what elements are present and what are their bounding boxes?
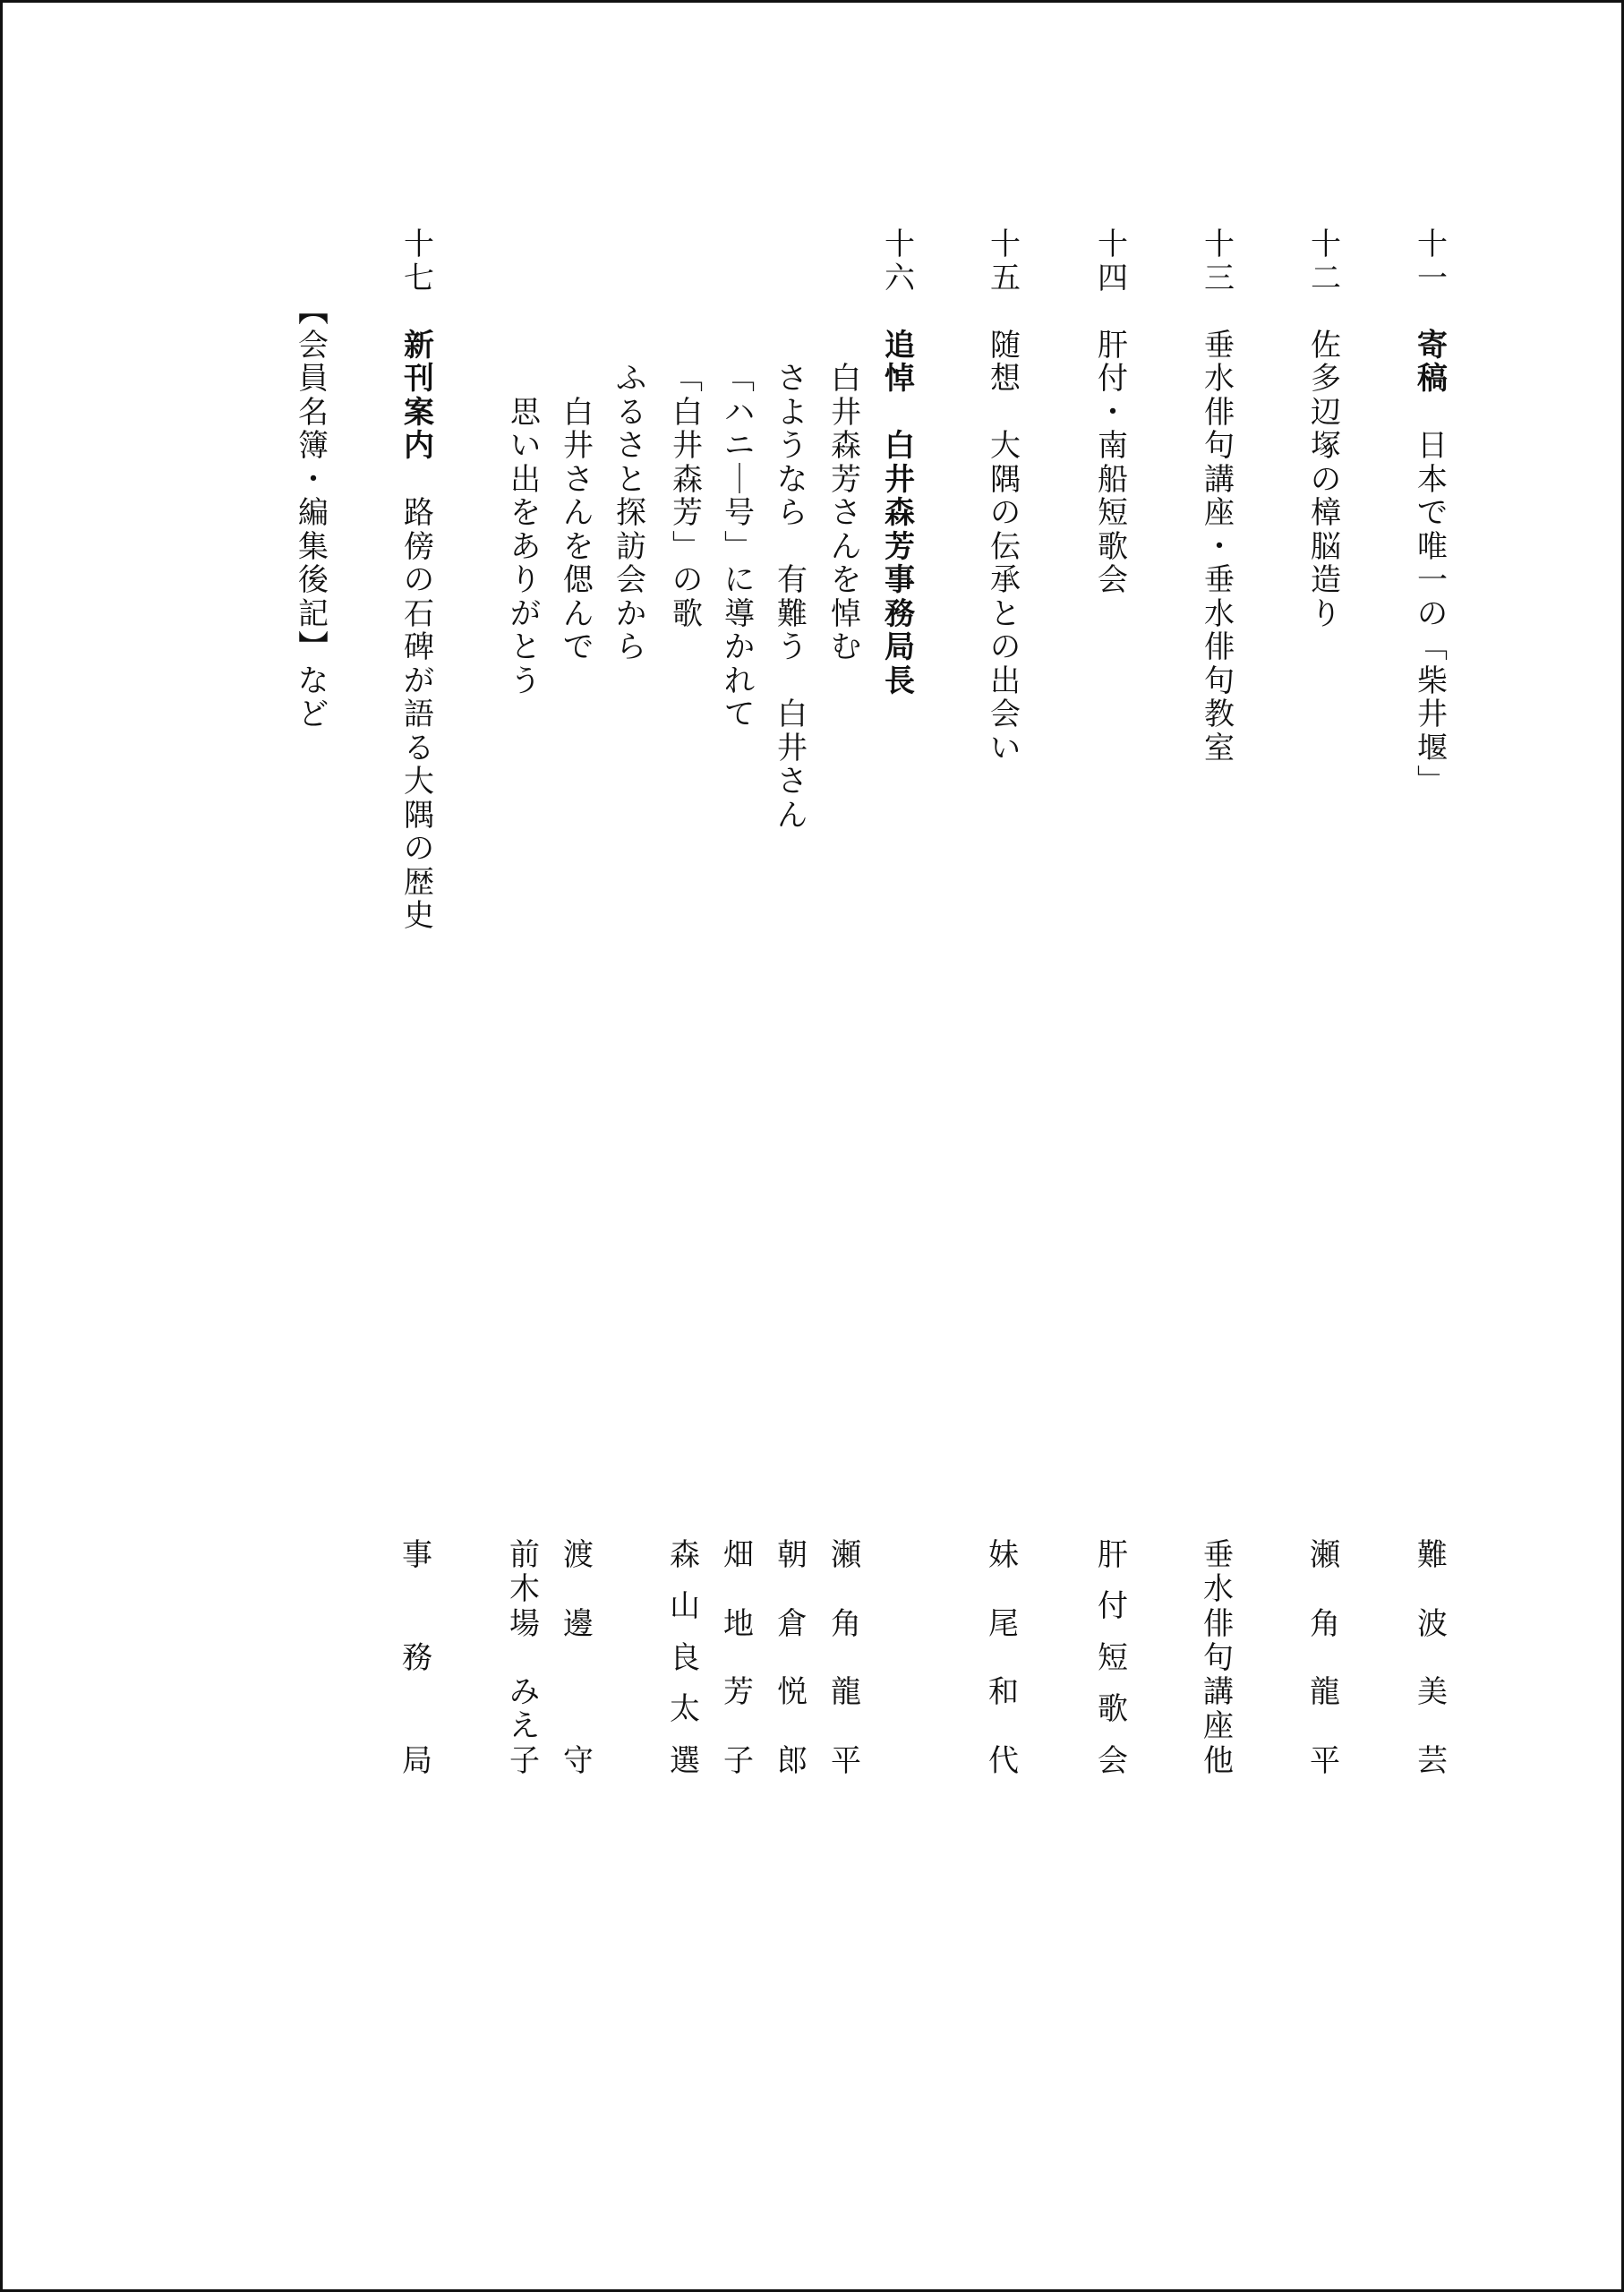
- entry-title: が: [508, 598, 543, 632]
- entry-title: 編: [295, 497, 331, 531]
- entry-title: あ: [508, 531, 543, 565]
- entry-heading: 森: [882, 497, 918, 531]
- entry-title: 名: [295, 397, 331, 431]
- author-char: 渡: [560, 1539, 596, 1573]
- entry-title: ︼: [295, 631, 331, 665]
- entry-title: ・: [295, 464, 331, 498]
- entry-title: の: [1415, 598, 1450, 632]
- entry-title: 白: [560, 397, 596, 431]
- author-char: 付: [1095, 1590, 1131, 1624]
- author-char: 朝: [774, 1539, 810, 1573]
- author-char: 局: [399, 1745, 435, 1779]
- author-char: 他: [1201, 1745, 1236, 1779]
- entry-number: 十: [1415, 228, 1450, 262]
- entry-title: の: [987, 497, 1023, 531]
- author-char: 和: [986, 1676, 1021, 1710]
- author-char: 子: [507, 1745, 543, 1779]
- entry-title: 号: [722, 497, 757, 531]
- entry-number: 二: [1308, 262, 1344, 296]
- author-char: 倉: [774, 1608, 810, 1642]
- entry-title: ハ: [722, 397, 757, 431]
- author-char: 会: [1095, 1745, 1131, 1779]
- entry-title: 簿: [295, 430, 331, 464]
- entry-heading: 追: [882, 329, 918, 363]
- entry-title: る: [613, 397, 649, 431]
- entry-number: 六: [882, 262, 918, 296]
- entry-title: 難: [774, 598, 810, 632]
- entry-title: ニ: [722, 430, 757, 464]
- entry-title: 垂: [1201, 564, 1237, 598]
- entry-title: に: [722, 564, 757, 598]
- entry-title: ふ: [613, 363, 649, 397]
- entry-number: 四: [1095, 262, 1131, 296]
- entry-title: 芳: [828, 464, 864, 498]
- author-char: 妹: [986, 1539, 1021, 1573]
- entry-title: 句: [1201, 665, 1237, 699]
- entry-title: 出: [987, 665, 1023, 699]
- entry-title: 伝: [987, 531, 1023, 565]
- entry-title: 柴: [1415, 665, 1450, 699]
- entry-title: 日: [1415, 430, 1450, 464]
- author-char: 座: [1201, 1710, 1236, 1744]
- document-page: 十一寄稿日本で唯一の﹁柴井堰﹂十二佐多辺塚の樟脳造り十三垂水俳句講座・垂水俳句教…: [0, 0, 1624, 2292]
- entry-heading: 刊: [401, 363, 437, 397]
- author-char: 平: [1307, 1745, 1343, 1779]
- entry-title: ・: [1095, 397, 1131, 431]
- author-char: 前: [507, 1539, 543, 1573]
- entry-title: 記: [295, 598, 331, 632]
- author-char: 山: [667, 1590, 703, 1624]
- author-char: 肝: [1095, 1539, 1131, 1573]
- entry-title: 訪: [613, 531, 649, 565]
- entry-title: の: [401, 564, 437, 598]
- entry-title: れ: [722, 665, 757, 699]
- author-char: え: [507, 1710, 543, 1744]
- entry-title: 水: [1201, 598, 1237, 632]
- entry-title: 歌: [670, 598, 705, 632]
- entry-title: 隅: [401, 800, 437, 834]
- author-char: 代: [986, 1745, 1021, 1779]
- entry-title: 堰: [1415, 732, 1450, 766]
- entry-number: 十: [1308, 228, 1344, 262]
- entry-heading: 芳: [882, 531, 918, 565]
- entry-title: 句: [1201, 430, 1237, 464]
- entry-title: う: [774, 631, 810, 665]
- entry-title: 歌: [1095, 531, 1131, 565]
- entry-title: ｜: [722, 464, 757, 498]
- entry-title: 探: [613, 497, 649, 531]
- entry-title: ﹁: [722, 363, 757, 397]
- entry-heading: 白: [882, 430, 918, 464]
- entry-title: 井: [828, 397, 864, 431]
- entry-title: う: [774, 430, 810, 464]
- author-char: 龍: [828, 1676, 864, 1710]
- entry-title: 集: [295, 531, 331, 565]
- entry-title: 員: [295, 363, 331, 397]
- entry-title: 座: [1201, 497, 1237, 531]
- entry-title: 白: [828, 363, 864, 397]
- entry-title: 白: [670, 397, 705, 431]
- entry-heading: 長: [882, 665, 918, 699]
- author-char: 邊: [560, 1608, 596, 1642]
- author-char: 角: [828, 1608, 864, 1642]
- entry-title: の: [987, 631, 1023, 665]
- entry-heading: 局: [882, 631, 918, 665]
- entry-number: 十: [1095, 228, 1131, 262]
- author-char: 講: [1201, 1676, 1236, 1710]
- entry-title: 承: [987, 564, 1023, 598]
- entry-heading: 悼: [882, 363, 918, 397]
- entry-title: 南: [1095, 430, 1131, 464]
- author-char: 守: [560, 1745, 596, 1779]
- entry-title: 井: [560, 430, 596, 464]
- entry-title: で: [560, 631, 596, 665]
- author-char: 芸: [1415, 1745, 1450, 1779]
- author-char: 俳: [1201, 1608, 1236, 1642]
- entry-title: 付: [1095, 363, 1131, 397]
- entry-title: 肝: [1095, 329, 1131, 363]
- entry-number: 十: [1201, 228, 1237, 262]
- entry-heading: 寄: [1415, 329, 1450, 363]
- entry-title: て: [722, 698, 757, 732]
- entry-title: 森: [828, 430, 864, 464]
- entry-title: 佐: [1308, 329, 1344, 363]
- entry-title: 講: [1201, 464, 1237, 498]
- author-char: 難: [1415, 1539, 1450, 1573]
- entry-title: り: [1308, 598, 1344, 632]
- author-char: 太: [667, 1693, 703, 1727]
- entry-heading: 井: [882, 464, 918, 498]
- entry-title: 船: [1095, 464, 1131, 498]
- author-char: 尾: [986, 1608, 1021, 1642]
- author-char: 歌: [1095, 1693, 1131, 1727]
- entry-title: ﹂: [1415, 765, 1450, 800]
- entry-title: 歴: [401, 867, 437, 901]
- entry-title: を: [828, 564, 864, 598]
- entry-title: な: [774, 464, 810, 498]
- entry-title: な: [295, 665, 331, 699]
- entry-title: 短: [1095, 497, 1131, 531]
- author-char: 郎: [774, 1745, 810, 1779]
- entry-title: 本: [1415, 464, 1450, 498]
- entry-title: の: [401, 833, 437, 867]
- entry-title: ん: [560, 598, 596, 632]
- entry-title: 井: [1415, 698, 1450, 732]
- entry-title: 会: [295, 329, 331, 363]
- entry-title: さ: [613, 430, 649, 464]
- author-char: 畑: [721, 1539, 756, 1573]
- entry-title: 有: [774, 564, 810, 598]
- entry-title: 水: [1201, 363, 1237, 397]
- entry-heading: 新: [401, 329, 437, 363]
- entry-number: 十: [882, 228, 918, 262]
- entry-title: 樟: [1308, 497, 1344, 531]
- entry-title: 俳: [1201, 631, 1237, 665]
- author-char: 角: [1307, 1608, 1343, 1642]
- entry-title: 随: [987, 329, 1023, 363]
- entry-title: 芳: [670, 497, 705, 531]
- entry-title: ﹁: [670, 363, 705, 397]
- entry-title: 森: [670, 464, 705, 498]
- author-char: 務: [399, 1642, 435, 1676]
- entry-title: さ: [828, 497, 864, 531]
- author-char: 句: [1201, 1642, 1236, 1676]
- entry-title: 会: [613, 564, 649, 598]
- entry-title: 辺: [1308, 397, 1344, 431]
- entry-number: 三: [1201, 262, 1237, 296]
- entry-title: 脳: [1308, 531, 1344, 565]
- author-char: 美: [1415, 1676, 1450, 1710]
- entry-title: 塚: [1308, 430, 1344, 464]
- author-char: 地: [721, 1608, 756, 1642]
- entry-title: 想: [987, 363, 1023, 397]
- entry-title: 導: [722, 598, 757, 632]
- author-char: 場: [507, 1608, 543, 1642]
- entry-title: ん: [560, 497, 596, 531]
- author-char: 波: [1415, 1608, 1450, 1642]
- author-char: 瀬: [1307, 1539, 1343, 1573]
- entry-title: の: [670, 564, 705, 598]
- entry-title: ﹂: [670, 531, 705, 565]
- entry-title: 教: [1201, 698, 1237, 732]
- entry-title: 多: [1308, 363, 1344, 397]
- entry-title: 井: [670, 430, 705, 464]
- author-char: 瀬: [828, 1539, 864, 1573]
- entry-title: 隅: [987, 464, 1023, 498]
- entry-title: を: [560, 531, 596, 565]
- entry-title: 井: [774, 732, 810, 766]
- entry-title: 碑: [401, 631, 437, 665]
- author-char: 良: [667, 1642, 703, 1676]
- entry-title: る: [401, 732, 437, 766]
- author-char: 事: [399, 1539, 435, 1573]
- entry-title: 語: [401, 698, 437, 732]
- entry-title: さ: [774, 363, 810, 397]
- entry-title: と: [613, 464, 649, 498]
- entry-title: 造: [1308, 564, 1344, 598]
- author-char: 木: [507, 1573, 543, 1607]
- entry-title: 思: [508, 397, 543, 431]
- entry-title: を: [508, 497, 543, 531]
- entry-title: む: [828, 631, 864, 665]
- author-char: 子: [721, 1745, 756, 1779]
- entry-title: 偲: [560, 564, 596, 598]
- entry-title: ︻: [295, 295, 331, 329]
- entry-heading: 事: [882, 564, 918, 598]
- entry-title: 会: [987, 698, 1023, 732]
- entry-title: 石: [401, 598, 437, 632]
- entry-number: 一: [1415, 262, 1450, 296]
- entry-title: 垂: [1201, 329, 1237, 363]
- entry-title: 路: [401, 497, 437, 531]
- entry-title: か: [722, 631, 757, 665]
- author-char: 平: [828, 1745, 864, 1779]
- entry-title: と: [508, 631, 543, 665]
- entry-title: よ: [774, 397, 810, 431]
- entry-title: で: [1415, 497, 1450, 531]
- entry-title: が: [401, 665, 437, 699]
- entry-title: 白: [774, 698, 810, 732]
- author-char: 森: [667, 1539, 703, 1573]
- entry-title: ら: [613, 631, 649, 665]
- entry-number: 十: [987, 228, 1023, 262]
- entry-title: 後: [295, 564, 331, 598]
- author-char: 選: [667, 1745, 703, 1779]
- entry-title: ら: [774, 497, 810, 531]
- entry-number: 五: [987, 262, 1023, 296]
- entry-title: う: [508, 665, 543, 699]
- author-char: 芳: [721, 1676, 756, 1710]
- entry-title: ﹁: [1415, 631, 1450, 665]
- author-char: 垂: [1201, 1539, 1236, 1573]
- entry-title: 悼: [828, 598, 864, 632]
- entry-title: い: [987, 732, 1023, 766]
- entry-title: の: [1308, 464, 1344, 498]
- entry-heading: 務: [882, 598, 918, 632]
- entry-title: い: [508, 430, 543, 464]
- entry-number: 七: [401, 262, 437, 296]
- entry-heading: 稿: [1415, 363, 1450, 397]
- entry-title: ん: [828, 531, 864, 565]
- entry-title: ・: [1201, 531, 1237, 565]
- author-char: 龍: [1307, 1676, 1343, 1710]
- entry-title: ん: [774, 800, 810, 834]
- author-char: 短: [1095, 1642, 1131, 1676]
- author-char: み: [507, 1676, 543, 1710]
- entry-title: り: [508, 564, 543, 598]
- author-char: 水: [1201, 1573, 1236, 1607]
- entry-heading: 内: [401, 430, 437, 464]
- entry-title: さ: [774, 765, 810, 800]
- entry-number: 十: [401, 228, 437, 262]
- entry-title: 唯: [1415, 531, 1450, 565]
- entry-title: さ: [560, 464, 596, 498]
- entry-title: か: [613, 598, 649, 632]
- entry-title: ど: [295, 698, 331, 732]
- entry-title: 室: [1201, 732, 1237, 766]
- entry-title: ﹂: [722, 531, 757, 565]
- entry-title: 会: [1095, 564, 1131, 598]
- entry-title: 出: [508, 464, 543, 498]
- entry-title: 一: [1415, 564, 1450, 598]
- entry-title: と: [987, 598, 1023, 632]
- entry-title: 大: [401, 765, 437, 800]
- entry-title: 俳: [1201, 397, 1237, 431]
- entry-title: 史: [401, 900, 437, 934]
- entry-heading: 案: [401, 397, 437, 431]
- entry-title: 大: [987, 430, 1023, 464]
- entry-title: 傍: [401, 531, 437, 565]
- author-char: 悦: [774, 1676, 810, 1710]
